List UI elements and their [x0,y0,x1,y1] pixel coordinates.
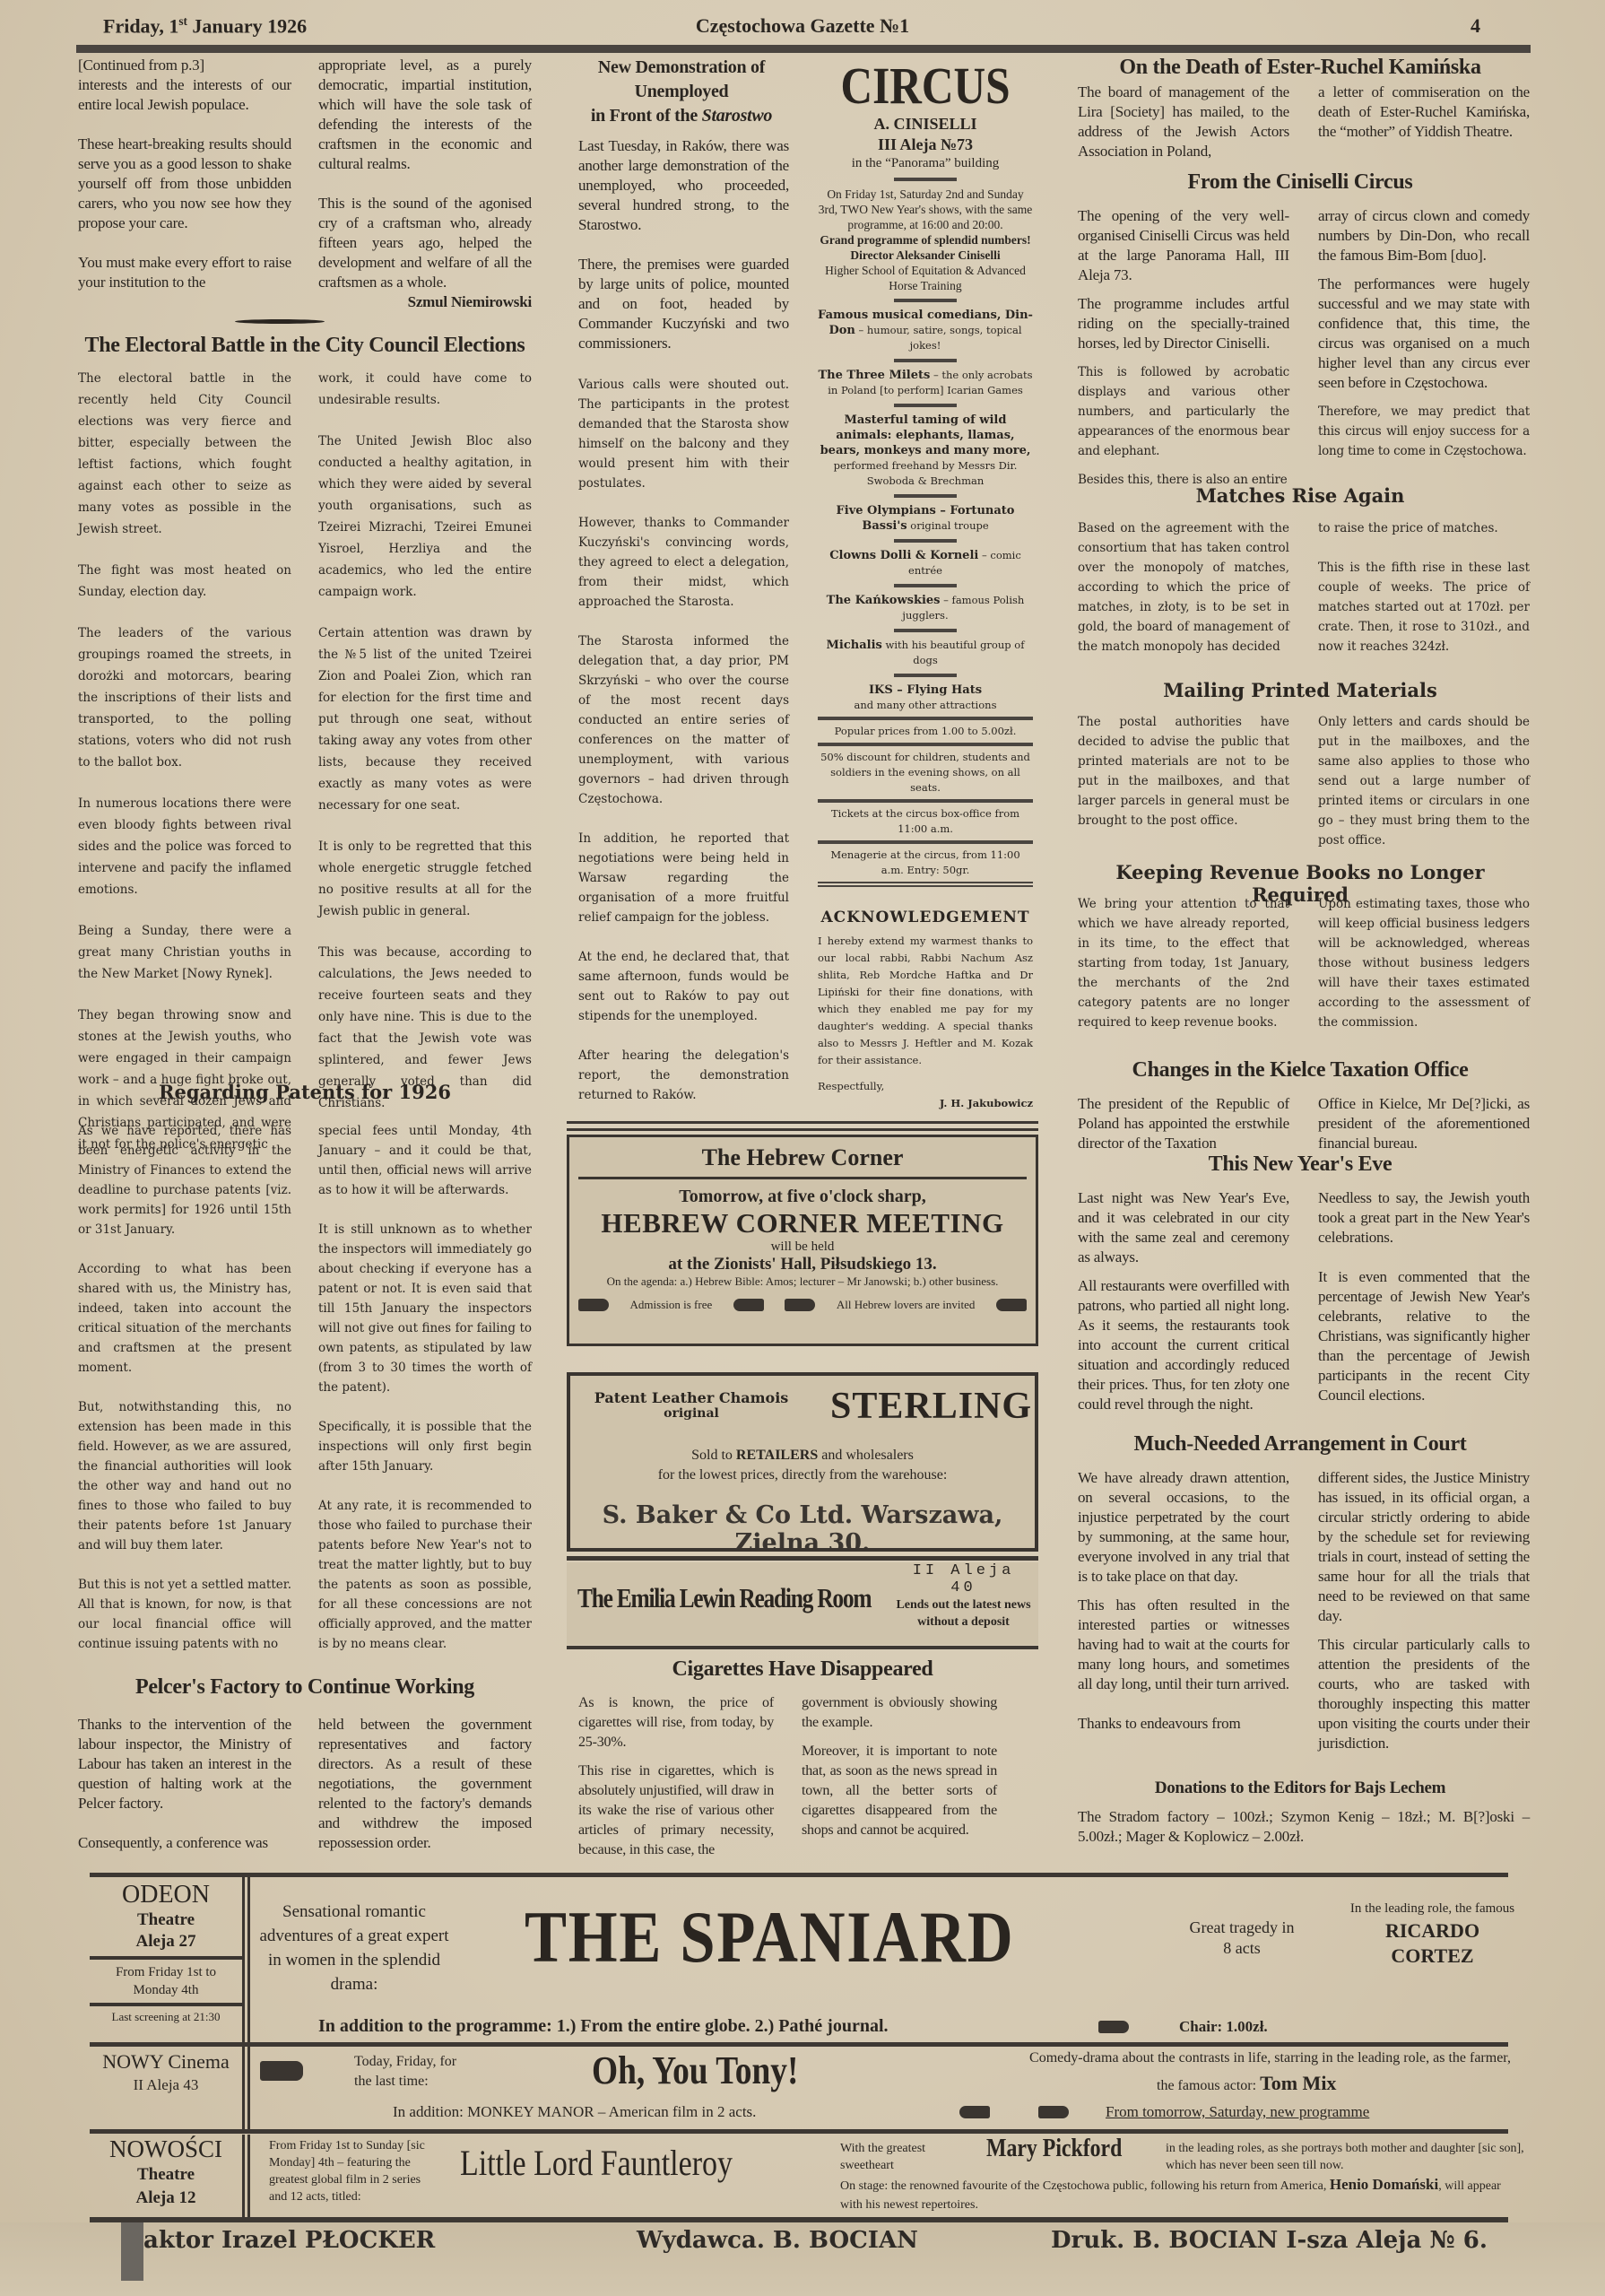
nowy-when: Today, Friday, for the last time: [354,2052,462,2092]
footer-editor: aktor Irazel PŁOCKER [143,2227,435,2254]
rule [90,2042,1508,2047]
matches-col2: to raise the price of matches.This is th… [1318,518,1530,676]
film-title-spaniard: THE SPANIARD [525,1892,1014,1982]
mailing-col2: Only letters and cards should be put in … [1318,712,1530,850]
patents-col1: As we have reported, there has been ener… [78,1121,291,1674]
hebrew-corner-ad: The Hebrew Corner Tomorrow, at five o'cl… [567,1135,1038,1346]
pointing-hand-icon [785,1299,815,1311]
demonstration-col2: Various calls were shouted out. The part… [578,375,789,1125]
reading-room-ad: The Emilia Lewin Reading Room II Aleja 4… [567,1562,1038,1645]
odeon-blurb: Sensational romantic adventures of a gre… [256,1900,453,1996]
circus-act: The Three Milets – the only acrobats in … [818,368,1033,398]
nowy-actor: the famous actor: Tom Mix [1157,2072,1336,2095]
pointing-hand-icon [578,1299,609,1311]
revenue-col1: We bring your attention to that which we… [1078,894,1289,1032]
headline-matches: Matches Rise Again [1067,484,1533,507]
film-title-fauntleroy: Little Lord Fauntleroy [460,2142,733,2184]
rule [567,1128,1038,1131]
headline-cigarettes: Cigarettes Have Disappeared [567,1657,1038,1682]
circus-act: Clowns Dolli & Korneli – comic entrée [818,548,1033,578]
court-col2: different sides, the Justice Ministry ha… [1318,1468,1530,1762]
nowy-extra: In addition: MONKEY MANOR – American fil… [393,2103,756,2121]
ciniselli-col1: The opening of the very well-organised C… [1078,206,1289,499]
continued-note: [Continued from p.3] [78,56,291,75]
sterling-brand: STERLING [830,1385,1032,1428]
acknowledgement-text: I hereby extend my warmest thanks to our… [818,933,1033,1112]
cigarettes-col2: government is obviously showing the exam… [802,1693,997,1849]
star-pickford: Mary Pickford [986,2135,1122,2163]
sterling-ad: Patent Leather Chamois original STERLING… [567,1372,1038,1552]
donations-text: The Stradom factory – 100zł.; Szymon Ken… [1078,1807,1530,1847]
nowosci-venue-box: NOWOŚCI Theatre Aleja 12 [90,2135,242,2210]
cigarettes-col1: As is known, the price of cigarettes wil… [578,1693,774,1869]
pointing-hand-icon [959,2106,990,2118]
divider [247,2047,250,2129]
rule [567,1646,1038,1649]
kaminska-col1: The board of management of the Lira [Soc… [1078,83,1289,161]
nowosci-when: From Friday 1st to Sunday [sic Monday] 4… [269,2137,430,2205]
continued-article-col1: [Continued from p.3] interests and the i… [78,56,291,312]
kielce-col2: Office in Kielce, Mr De[?]icki, as presi… [1318,1094,1530,1153]
acknowledgement-title: ACKNOWLEDGEMENT [818,909,1033,926]
revenue-col2: Upon estimating taxes, those who will ke… [1318,894,1530,1032]
divider [247,2135,250,2217]
circus-act: The Kańkowskies – famous Polish jugglers… [818,593,1033,623]
pointing-hand-icon [996,1299,1027,1311]
electoral-col2: work, it could have come to undesirable … [318,368,532,1134]
continued-article-col2: appropriate level, as a purely democrati… [318,56,532,312]
nowosci-roles: in the leading roles, as she portrays bo… [1166,2140,1524,2174]
circus-act: IKS – Flying Hats and many other attract… [818,683,1033,713]
rule [567,1121,1038,1124]
rule [90,1873,1508,1877]
pointing-hand-icon [1098,2021,1129,2033]
torn-edge [121,2222,143,2281]
circus-act: Masterful taming of wild animals: elepha… [818,413,1033,489]
headline-court: Much-Needed Arrangement in Court [1067,1432,1533,1457]
rule [567,1556,1038,1561]
odeon-genre: Great tragedy in 8 acts [1188,1918,1296,1959]
kaminska-col2: a letter of commiseration on the death o… [1318,83,1530,142]
ciniselli-col2: array of circus clown and comedy numbers… [1318,206,1530,470]
header-rule [76,45,1531,53]
circus-act: Five Olympians – Fortunato Bassi's origi… [818,503,1033,534]
odeon-extra: In addition to the programme: 1.) From t… [318,2016,889,2037]
divider [247,1877,250,2042]
nowosci-with: With the greatest sweetheart [840,2140,930,2174]
newspaper-title: Częstochowa Gazette №1 [0,14,1605,38]
headline-newyear: This New Year's Eve [1067,1152,1533,1177]
film-title-tony: Oh, You Tony! [592,2048,798,2093]
headline-kielce: Changes in the Kielce Taxation Office [1067,1058,1533,1083]
headline-ciniselli: From the Ciniselli Circus [1067,170,1533,195]
divider [242,2135,245,2217]
pointing-hand-icon [260,2061,303,2081]
circus-ad: CIRCUS A. CINISELLI III Aleja №73 in the… [818,59,1033,891]
pelcer-col2: held between the government representati… [318,1715,532,1873]
nowy-venue-box: NOWY Cinema II Aleja 43 [90,2047,242,2095]
nowosci-stage: On stage: the renowned favourite of the … [840,2175,1522,2214]
pelcer-col1: Thanks to the intervention of the labour… [78,1715,291,1873]
footer-publisher: Wydawca. B. BOCIAN [637,2227,918,2254]
headline-electoral: The Electoral Battle in the City Council… [78,334,532,358]
headline-kaminska: On the Death of Ester-Ruchel Kamińska [1067,56,1533,80]
ornament-divider [235,319,325,324]
circus-act: Michalis with his beautiful group of dog… [818,638,1033,668]
demonstration-col1: Last Tuesday, in Raków, there was anothe… [578,136,789,373]
matches-col1: Based on the agreement with the consorti… [1078,518,1289,657]
court-col1: We have already drawn attention, on seve… [1078,1468,1289,1753]
headline-demonstration: New Demonstration of Unemployed in Front… [574,56,789,128]
page-number: 4 [1471,14,1480,38]
circus-title: CIRCUS [834,59,1017,113]
pointing-hand-icon [1038,2106,1069,2118]
odeon-venue-box: ODEON Theatre Aleja 27 From Friday 1st t… [90,1877,242,2042]
newyear-col1: Last night was New Year's Eve, and it wa… [1078,1188,1289,1423]
odeon-lead: In the leading role, the famous RICARDO … [1349,1900,1515,1969]
headline-donations: Donations to the Editors for Bajs Lechem [1067,1779,1533,1798]
nowy-desc: Comedy-drama about the contrasts in life… [928,2050,1511,2066]
divider [242,2047,245,2129]
headline-mailing: Mailing Printed Materials [1067,679,1533,701]
kielce-col1: The president of the Republic of Poland … [1078,1094,1289,1153]
pointing-hand-icon [733,1299,764,1311]
patents-col2: special fees until Monday, 4th January –… [318,1121,532,1674]
nowy-next: From tomorrow, Saturday, new programme [1106,2103,1369,2121]
newyear-col2: Needless to say, the Jewish youth took a… [1318,1188,1530,1425]
signature: Szmul Niemirowski [318,292,532,312]
circus-act: Famous musical comedians, Din-Don – humo… [818,308,1033,353]
mailing-col1: The postal authorities have decided to a… [1078,712,1289,831]
headline-patents: Regarding Patents for 1926 [78,1081,532,1103]
electoral-col1: The electoral battle in the recently hel… [78,368,291,1175]
divider [242,1877,245,2042]
odeon-price: Chair: 1.00zł. [1179,2018,1268,2036]
rule [90,2129,1508,2134]
footer-printer: Druk. B. BOCIAN I-sza Aleja № 6. [1051,2227,1488,2254]
headline-pelcer: Pelcer's Factory to Continue Working [78,1675,532,1700]
